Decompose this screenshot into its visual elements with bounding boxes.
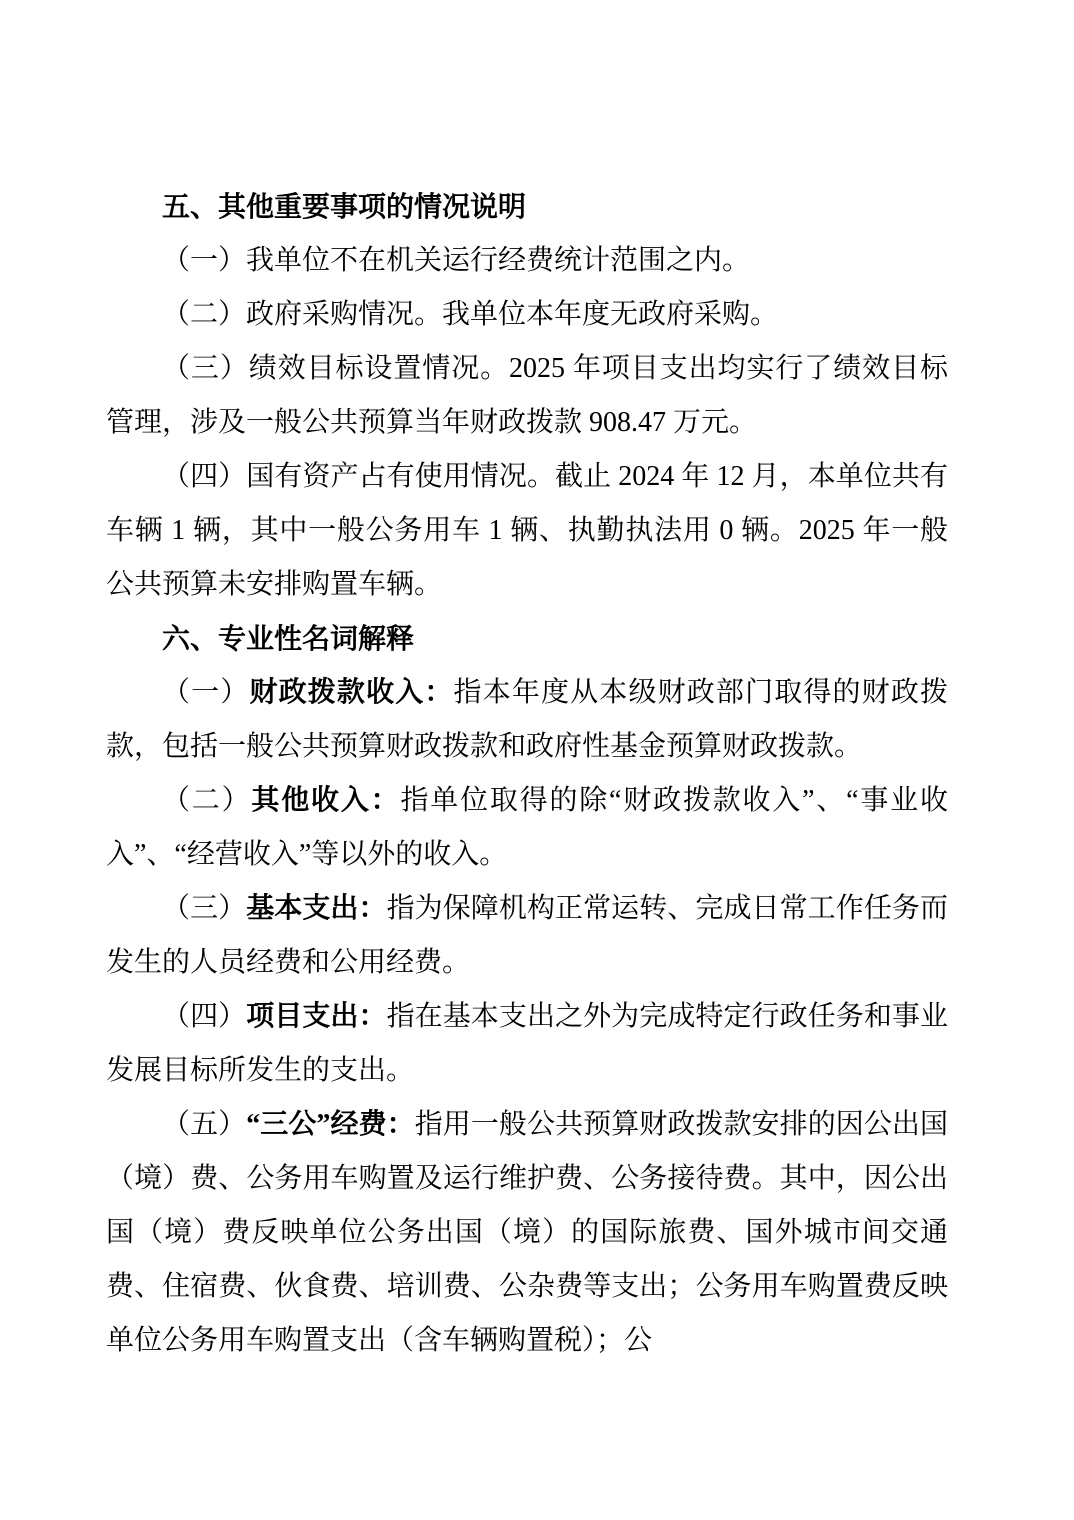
text-run: （四） — [162, 1001, 246, 1032]
text-run: 指用一般公共预算财政拨款安排的因公出国（境）费、公务用车购置及运行维护费、公务接… — [106, 1109, 948, 1356]
term-run: 财政拨款收入： — [249, 677, 453, 708]
paragraph: （三）基本支出：指为保障机构正常运转、完成日常工作任务而发生的人员经费和公用经费… — [106, 882, 948, 990]
paragraph: （五）“三公”经费：指用一般公共预算财政拨款安排的因公出国（境）费、公务用车购置… — [106, 1098, 948, 1368]
text-run: （二） — [162, 785, 251, 816]
paragraph: （二）政府采购情况。我单位本年度无政府采购。 — [106, 288, 948, 342]
text-run: 六、专业性名词解释 — [162, 623, 414, 654]
term-run: 基本支出： — [246, 893, 386, 924]
term-run: “三公”经费： — [246, 1109, 415, 1140]
paragraph: （四）国有资产占有使用情况。截止 2024 年 12 月，本单位共有车辆 1 辆… — [106, 450, 948, 612]
document-page: 五、其他重要事项的情况说明（一）我单位不在机关运行经费统计范围之内。（二）政府采… — [0, 0, 1074, 1520]
paragraph: （一）我单位不在机关运行经费统计范围之内。 — [106, 234, 948, 288]
text-run: （三）绩效目标设置情况。2025 年项目支出均实行了绩效目标管理，涉及一般公共预… — [106, 353, 948, 438]
text-run: （二）政府采购情况。我单位本年度无政府采购。 — [162, 299, 778, 330]
paragraph: （一）财政拨款收入：指本年度从本级财政部门取得的财政拨款，包括一般公共预算财政拨… — [106, 666, 948, 774]
text-run: （一） — [162, 677, 249, 708]
paragraph: （三）绩效目标设置情况。2025 年项目支出均实行了绩效目标管理，涉及一般公共预… — [106, 342, 948, 450]
paragraph: （二）其他收入：指单位取得的除“财政拨款收入”、“事业收入”、“经营收入”等以外… — [106, 774, 948, 882]
text-run: （五） — [162, 1109, 246, 1140]
text-run: （三） — [162, 893, 246, 924]
section-heading: 五、其他重要事项的情况说明 — [106, 180, 948, 234]
text-run: 五、其他重要事项的情况说明 — [162, 191, 526, 222]
text-run: （四）国有资产占有使用情况。截止 2024 年 12 月，本单位共有车辆 1 辆… — [106, 461, 948, 600]
text-run: （一）我单位不在机关运行经费统计范围之内。 — [162, 245, 750, 276]
term-run: 项目支出： — [246, 1001, 386, 1032]
section-heading: 六、专业性名词解释 — [106, 612, 948, 666]
term-run: 其他收入： — [251, 785, 400, 816]
document-body: 五、其他重要事项的情况说明（一）我单位不在机关运行经费统计范围之内。（二）政府采… — [106, 180, 948, 1368]
paragraph: （四）项目支出：指在基本支出之外为完成特定行政任务和事业发展目标所发生的支出。 — [106, 990, 948, 1098]
